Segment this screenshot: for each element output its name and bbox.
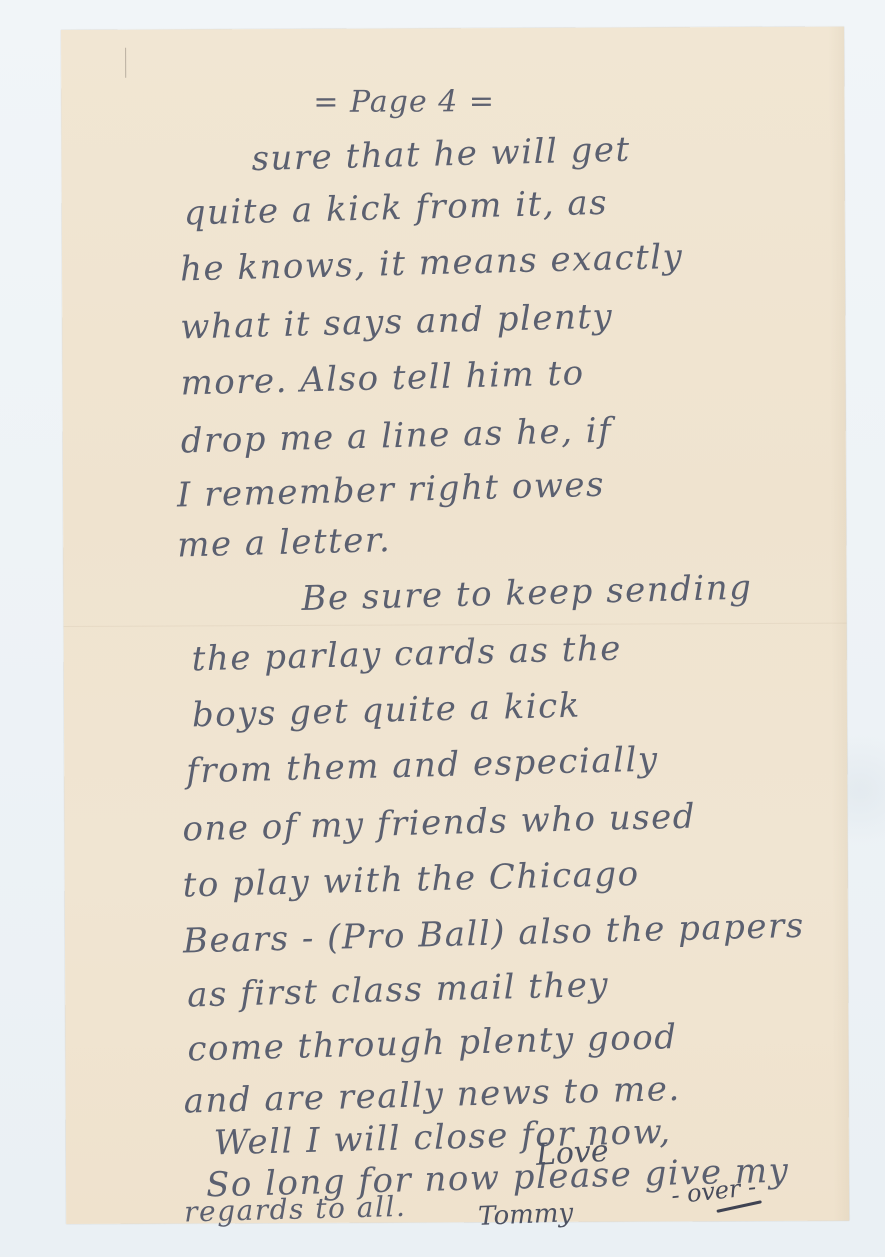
- letter-line: he knows, it means exactly: [180, 237, 684, 290]
- page-header: = Page 4 =: [313, 84, 495, 120]
- signature: Tommy: [478, 1198, 574, 1232]
- letter-line: come through plenty good: [187, 1017, 678, 1069]
- letter-line: Bears - (Pro Ball) also the papers: [182, 906, 805, 962]
- letter-line: regards to all.: [184, 1190, 407, 1229]
- letter-line: one of my friends who used: [182, 796, 697, 849]
- letter-line: boys get quite a kick: [191, 686, 581, 736]
- letter-line: quite a kick from it, as: [183, 183, 608, 234]
- closing-salutation: Love: [535, 1134, 610, 1173]
- letter-line: me a letter.: [177, 520, 392, 565]
- letter-line: as first class mail they: [187, 965, 610, 1016]
- letter-page: = Page 4 = sure that he will get quite a…: [61, 27, 849, 1224]
- letter-line: I remember right owes: [177, 465, 606, 516]
- letter-line: from them and especially: [186, 740, 659, 792]
- letter-line: drop me a line as he, if: [180, 411, 612, 462]
- letter-line: to play with the Chicago: [182, 854, 640, 906]
- margin-mark: [125, 48, 126, 78]
- letter-line: what it says and plenty: [180, 297, 614, 348]
- letter-line: Be sure to keep sending: [301, 568, 753, 619]
- letter-line: the parlay cards as the: [191, 629, 622, 680]
- letter-line: sure that he will get: [251, 130, 631, 180]
- letter-line: more. Also tell him to: [180, 353, 585, 403]
